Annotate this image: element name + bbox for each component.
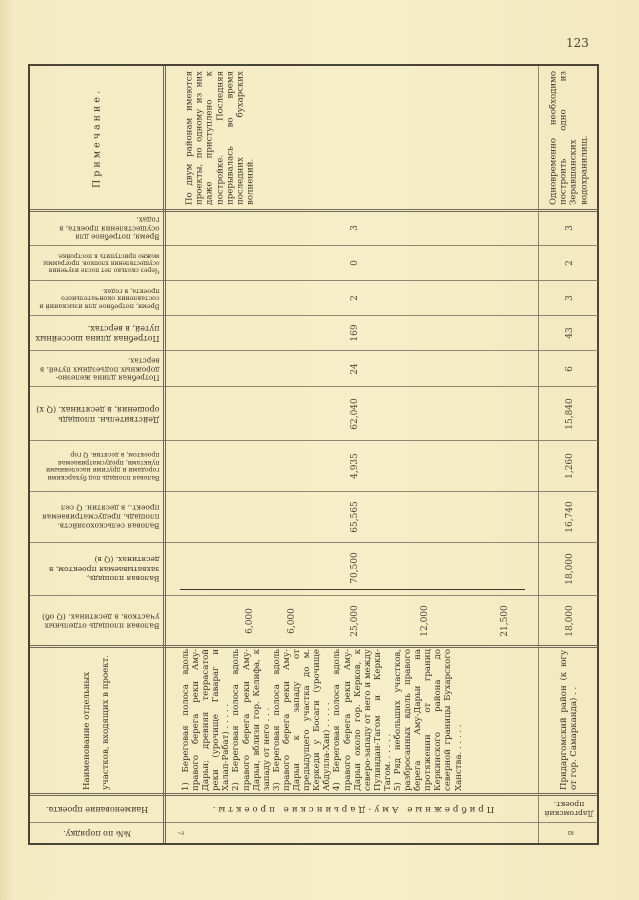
header-highway-length: Потребная длина шоссейных путей, в верст… — [30, 316, 163, 350]
header-note: Примечание. — [30, 66, 163, 209]
header-agricultural-area: Валовая сельскохозяйств. площадь, предус… — [30, 492, 163, 542]
row7-agricultural-area: 65,565 — [340, 492, 370, 542]
header-time-to-implement: Время, потребное для осуществления проек… — [30, 210, 163, 245]
header-row-number: №№ по порядку. — [30, 823, 163, 843]
row7-area4-value: 12,000 — [410, 596, 440, 645]
header-project-name: Наименование проекта. — [30, 795, 163, 822]
row7-time-to-implement: 3 — [340, 210, 370, 245]
row7-captured-area: 70,500 — [340, 543, 370, 593]
area-4-name: 4) Береговая полоса вдоль правого берега… — [332, 649, 393, 791]
row7-highway-length: 169 — [340, 316, 370, 350]
row7-other-areas: 4,935 — [340, 441, 370, 491]
row7-note: По двум районам имеются проекты, по одно… — [165, 66, 275, 209]
row7-project-name: Прибрежные Аму-Дарьинские проекты. — [165, 795, 538, 822]
area-2-name: 2) Береговая полоса вдоль правого берега… — [231, 649, 271, 791]
row8-railway-length: 6 — [555, 351, 585, 386]
row8-captured-area: 18,000 — [555, 543, 585, 595]
row7-number: 7 — [165, 823, 195, 843]
area-1-name: 1) Береговая полоса вдоль правого берега… — [181, 649, 231, 791]
row8-individual-area: 18,000 — [555, 596, 585, 645]
area-5-name: 5) Ряд небольших участков, разбросанных … — [392, 649, 463, 791]
row8-project-name: Даргомский проект. — [540, 795, 598, 822]
row7-area2-value: 6,000 — [278, 596, 306, 645]
header-time-for-surveys: Время, потребное для изысканий и составл… — [30, 281, 163, 315]
row8-number: 8 — [555, 823, 585, 843]
row7-time-for-surveys: 2 — [340, 281, 370, 315]
header-years-after-survey: Через сколько лет после изучения осущест… — [30, 246, 163, 280]
row8-other-areas: 1,260 — [555, 441, 585, 491]
row8-agricultural-area: 16,740 — [555, 492, 585, 542]
row7-area5-value: 21,500 — [490, 596, 520, 645]
row7-years-after-survey: 0 — [340, 246, 370, 280]
header-area-names: Наименование отдельных участков, входящи… — [30, 646, 163, 793]
header-other-areas: Валовая площадь под бухарскими городами … — [30, 441, 163, 491]
header-individual-areas: Валовая площадь отдельных участков, в де… — [30, 596, 163, 645]
row8-time-to-implement: 3 — [555, 210, 585, 245]
row8-note: Одновременно необходимо построить одно и… — [540, 66, 598, 209]
row7-actual-irrigation: 62,040 — [340, 387, 370, 440]
page-number: 123 — [566, 36, 589, 50]
header-captured-area: Валовая площадь, захватываемая проектом,… — [30, 543, 163, 595]
row8-highway-length: 43 — [555, 316, 585, 350]
area-3-name: 3) Береговая полоса вдоль правого берега… — [271, 649, 332, 791]
row8-area-names: Придаргомский район (к югу от гор. Самар… — [540, 646, 598, 793]
grouping-brace — [180, 589, 525, 590]
divider — [538, 66, 539, 843]
row7-area3-value: 25,000 — [340, 596, 370, 645]
row8-actual-irrigation: 15,840 — [555, 387, 585, 440]
row7-area1-value: 6,000 — [236, 596, 264, 645]
row8-time-for-surveys: 3 — [555, 281, 585, 315]
row8-years-after-survey: 2 — [555, 246, 585, 280]
row7-railway-length: 24 — [340, 351, 370, 386]
header-railway-length: Потребная длина железно-дорожных подъезд… — [30, 351, 163, 386]
row7-area-names: 1) Береговая полоса вдоль правого берега… — [178, 646, 533, 793]
header-actual-irrigation: Действительн. площадь орошения, в десяти… — [30, 387, 163, 440]
